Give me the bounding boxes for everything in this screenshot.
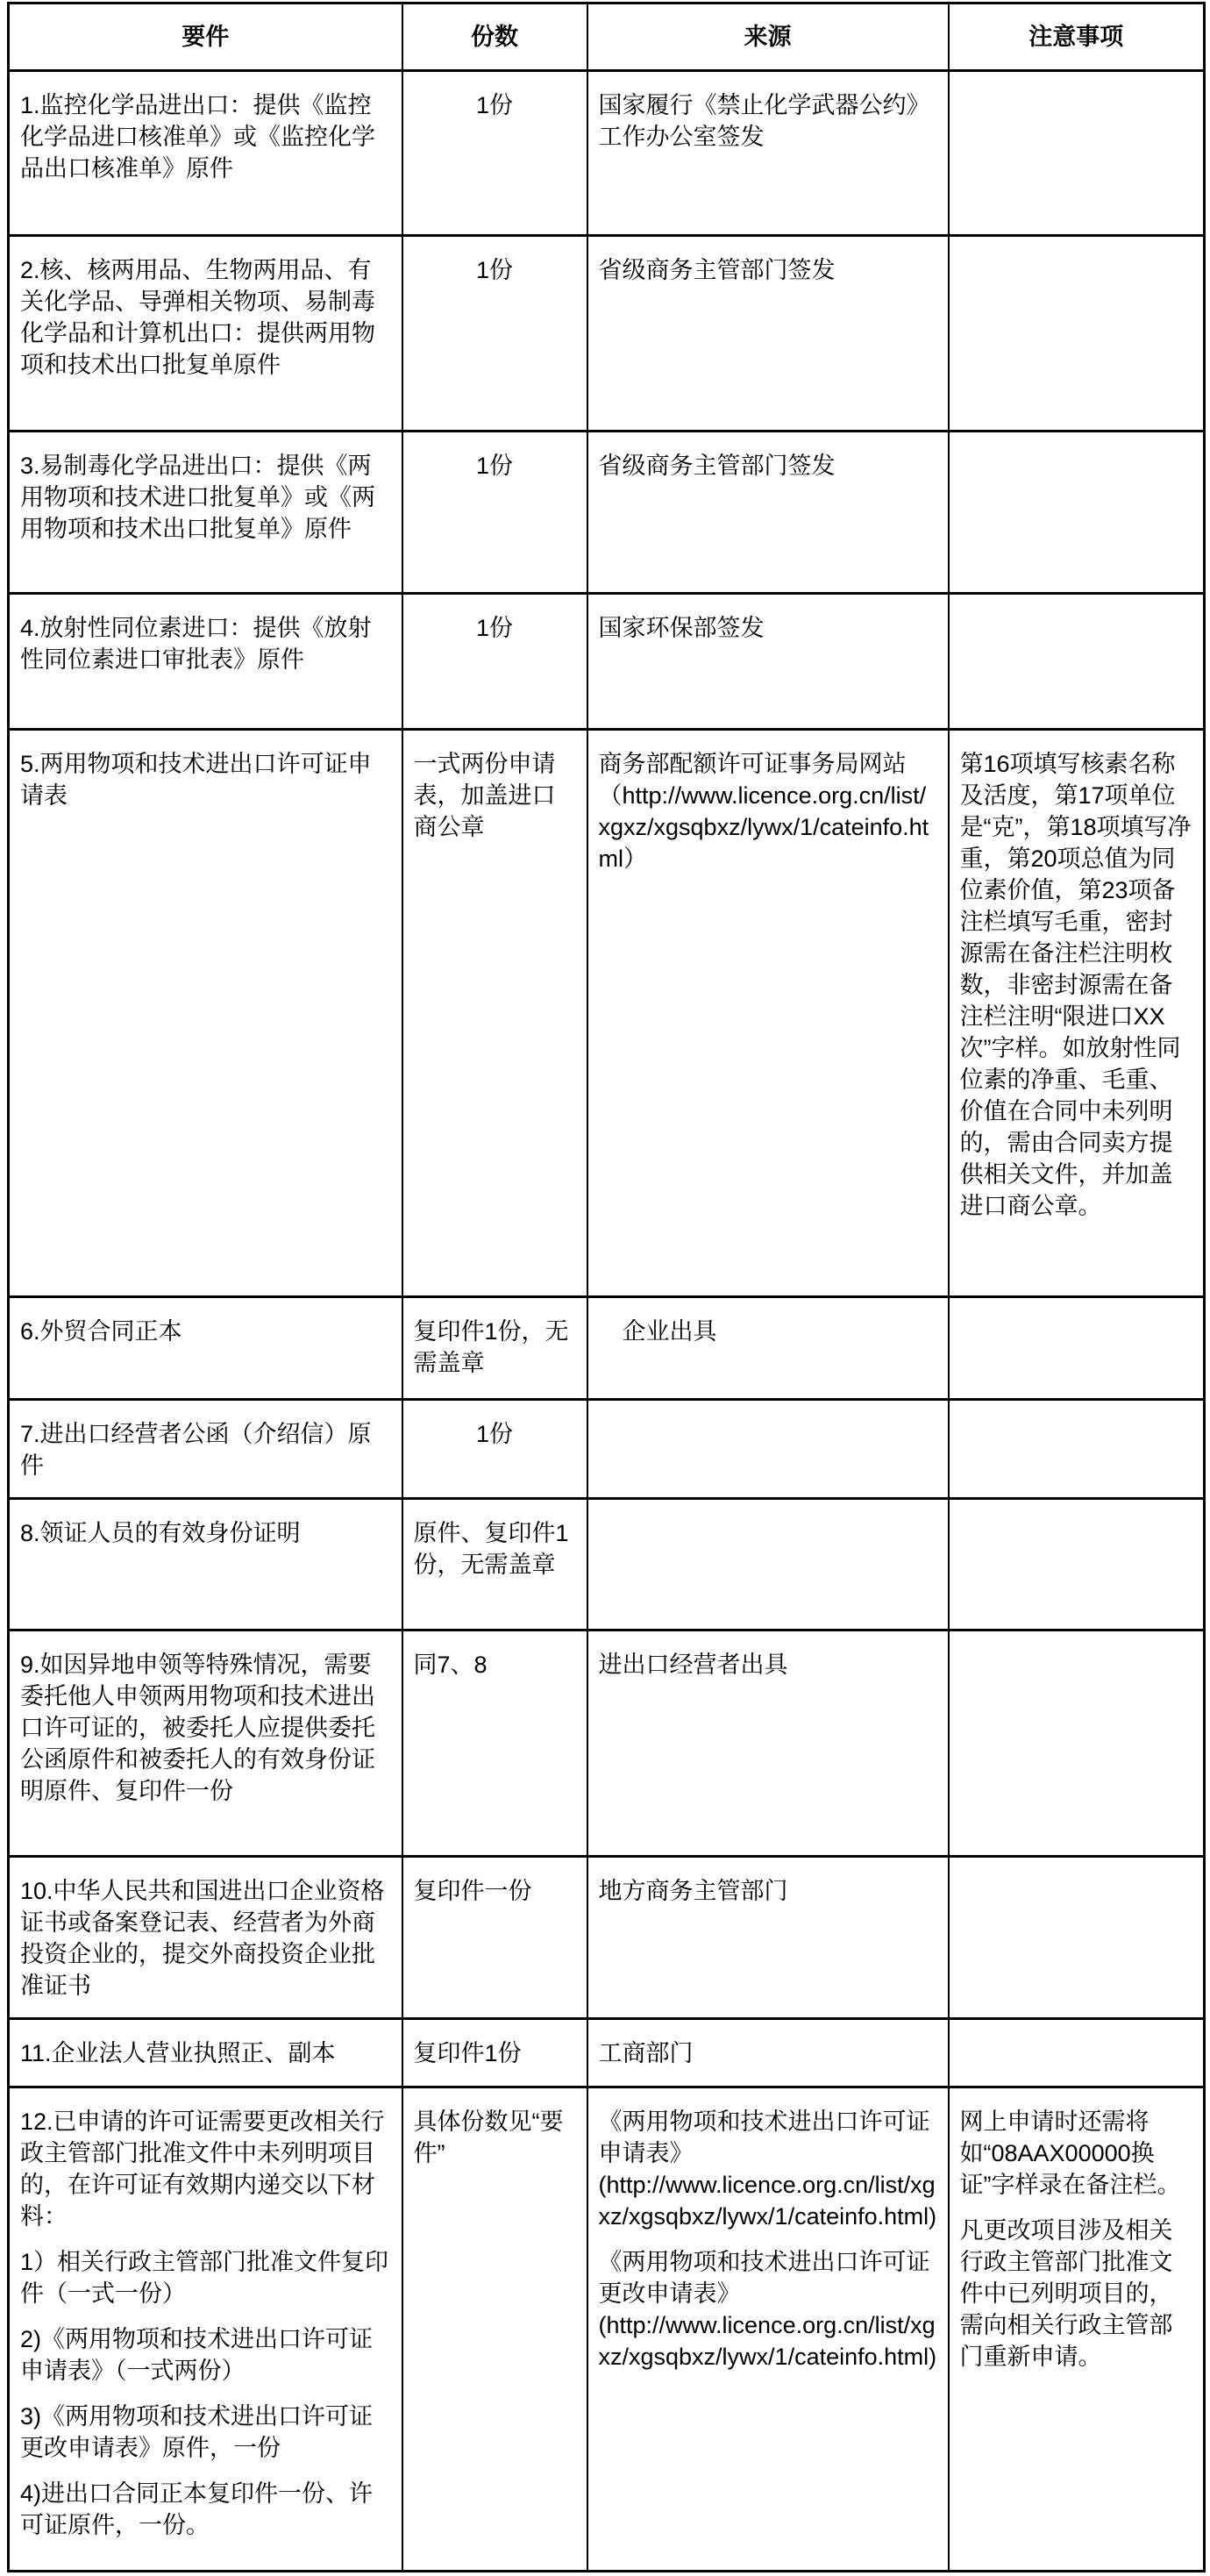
table-row: 1.监控化学品进出口：提供《监控化学品进口核准单》或《监控化学品出口核准单》原件… xyxy=(9,71,1205,236)
cell-r10-notes xyxy=(949,1857,1205,2019)
cell-r8-source xyxy=(587,1499,949,1631)
cell-r6-copies: 复印件1份，无需盖章 xyxy=(402,1297,587,1400)
cell-paragraph: 企业出具 xyxy=(599,1316,937,1347)
table-row: 5.两用物项和技术进出口许可证申请表一式两份申请表，加盖进口商公章商务部配额许可… xyxy=(9,730,1205,1297)
cell-paragraph: 第16项填写核素名称及活度，第17项单位是“克”，第18项填写净重，第20项总值… xyxy=(960,748,1193,1222)
cell-paragraph: 7.进出口经营者公函（介绍信）原件 xyxy=(20,1418,391,1481)
cell-r9-copies: 同7、8 xyxy=(402,1631,587,1857)
cell-r4-copies: 1份 xyxy=(402,594,587,730)
cell-paragraph: 1份 xyxy=(414,89,576,121)
cell-r12-notes: 网上申请时还需将如“08AAX00000换证”字样录在备注栏。凡更改项目涉及相关… xyxy=(949,2087,1205,2572)
cell-paragraph: 进出口经营者出具 xyxy=(599,1649,937,1680)
cell-paragraph: 复印件1份 xyxy=(414,2037,576,2069)
requirements-table: 要件份数来源注意事项 1.监控化学品进出口：提供《监控化学品进口核准单》或《监控… xyxy=(7,2,1206,2572)
cell-r9-requirement: 9.如因异地申领等特殊情况，需要委托他人申领两用物项和技术进出口许可证的，被委托… xyxy=(9,1631,402,1857)
column-header-requirement: 要件 xyxy=(9,4,402,71)
table-row: 11.企业法人营业执照正、副本复印件1份工商部门 xyxy=(9,2019,1205,2087)
cell-r5-requirement: 5.两用物项和技术进出口许可证申请表 xyxy=(9,730,402,1297)
table-row: 6.外贸合同正本复印件1份，无需盖章 企业出具 xyxy=(9,1297,1205,1400)
cell-paragraph: 1份 xyxy=(414,612,576,644)
table-row: 4.放射性同位素进口：提供《放射性同位素进口审批表》原件1份国家环保部签发 xyxy=(9,594,1205,730)
cell-r12-copies: 具体份数见“要件” xyxy=(402,2087,587,2572)
cell-paragraph: 原件、复印件1份，无需盖章 xyxy=(414,1517,576,1581)
cell-r10-copies: 复印件一份 xyxy=(402,1857,587,2019)
cell-paragraph: 2.核、核两用品、生物两用品、有关化学品、导弹相关物项、易制毒化学品和计算机出口… xyxy=(20,254,391,381)
cell-r2-copies: 1份 xyxy=(402,236,587,432)
cell-paragraph: 国家环保部签发 xyxy=(599,612,937,644)
cell-r4-notes xyxy=(949,594,1205,730)
cell-r12-source: 《两用物项和技术进出口许可证申请表》 (http://www.licence.o… xyxy=(587,2087,949,2572)
cell-r11-copies: 复印件1份 xyxy=(402,2019,587,2087)
cell-r5-copies: 一式两份申请表，加盖进口商公章 xyxy=(402,730,587,1297)
cell-paragraph: 4.放射性同位素进口：提供《放射性同位素进口审批表》原件 xyxy=(20,612,391,675)
cell-paragraph: 凡更改项目涉及相关行政主管部门批准文件中已列明项目的，需向相关行政主管部门重新申… xyxy=(960,2215,1193,2373)
cell-r6-source: 企业出具 xyxy=(587,1297,949,1400)
cell-paragraph: 同7、8 xyxy=(414,1649,576,1680)
cell-r6-requirement: 6.外贸合同正本 xyxy=(9,1297,402,1400)
cell-r7-requirement: 7.进出口经营者公函（介绍信）原件 xyxy=(9,1400,402,1499)
cell-r8-copies: 原件、复印件1份，无需盖章 xyxy=(402,1499,587,1631)
cell-paragraph: 1份 xyxy=(414,450,576,482)
cell-r4-requirement: 4.放射性同位素进口：提供《放射性同位素进口审批表》原件 xyxy=(9,594,402,730)
cell-paragraph: 9.如因异地申领等特殊情况，需要委托他人申领两用物项和技术进出口许可证的，被委托… xyxy=(20,1649,391,1807)
table-row: 7.进出口经营者公函（介绍信）原件1份 xyxy=(9,1400,1205,1499)
cell-r2-notes xyxy=(949,236,1205,432)
cell-paragraph: 工商部门 xyxy=(599,2037,937,2069)
cell-paragraph: 具体份数见“要件” xyxy=(414,2106,576,2169)
cell-paragraph: 1.监控化学品进出口：提供《监控化学品进口核准单》或《监控化学品出口核准单》原件 xyxy=(20,89,391,184)
table-body: 1.监控化学品进出口：提供《监控化学品进口核准单》或《监控化学品出口核准单》原件… xyxy=(9,71,1205,2572)
cell-paragraph: 3.易制毒化学品进出口：提供《两用物项和技术进口批复单》或《两用物项和技术出口批… xyxy=(20,450,391,545)
cell-paragraph: 复印件一份 xyxy=(414,1875,576,1907)
cell-paragraph: 省级商务主管部门签发 xyxy=(599,450,937,482)
cell-r11-requirement: 11.企业法人营业执照正、副本 xyxy=(9,2019,402,2087)
cell-paragraph: 5.两用物项和技术进出口许可证申请表 xyxy=(20,748,391,811)
table-row: 2.核、核两用品、生物两用品、有关化学品、导弹相关物项、易制毒化学品和计算机出口… xyxy=(9,236,1205,432)
cell-r6-notes xyxy=(949,1297,1205,1400)
table-header: 要件份数来源注意事项 xyxy=(9,4,1205,71)
column-header-copies: 份数 xyxy=(402,4,587,71)
table-row: 3.易制毒化学品进出口：提供《两用物项和技术进口批复单》或《两用物项和技术出口批… xyxy=(9,432,1205,594)
cell-r2-requirement: 2.核、核两用品、生物两用品、有关化学品、导弹相关物项、易制毒化学品和计算机出口… xyxy=(9,236,402,432)
cell-paragraph: 1份 xyxy=(414,1418,576,1450)
cell-paragraph: 一式两份申请表，加盖进口商公章 xyxy=(414,748,576,843)
table-row: 9.如因异地申领等特殊情况，需要委托他人申领两用物项和技术进出口许可证的，被委托… xyxy=(9,1631,1205,1857)
column-header-notes: 注意事项 xyxy=(949,4,1205,71)
cell-paragraph: 国家履行《禁止化学武器公约》工作办公室签发 xyxy=(599,89,937,153)
cell-r1-source: 国家履行《禁止化学武器公约》工作办公室签发 xyxy=(587,71,949,236)
cell-paragraph: 地方商务主管部门 xyxy=(599,1875,937,1907)
cell-r12-requirement: 12.已申请的许可证需要更改相关行政主管部门批准文件中未列明项目的，在许可证有效… xyxy=(9,2087,402,2572)
cell-r11-source: 工商部门 xyxy=(587,2019,949,2087)
cell-paragraph: 《两用物项和技术进出口许可证申请表》 (http://www.licence.o… xyxy=(599,2106,937,2232)
cell-r7-source xyxy=(587,1400,949,1499)
table-row: 8.领证人员的有效身份证明原件、复印件1份，无需盖章 xyxy=(9,1499,1205,1631)
cell-r9-source: 进出口经营者出具 xyxy=(587,1631,949,1857)
cell-r8-requirement: 8.领证人员的有效身份证明 xyxy=(9,1499,402,1631)
document-page: 要件份数来源注意事项 1.监控化学品进出口：提供《监控化学品进口核准单》或《监控… xyxy=(0,0,1210,2576)
header-row: 要件份数来源注意事项 xyxy=(9,4,1205,71)
cell-r5-source: 商务部配额许可证事务局网站 （http://www.licence.org.cn… xyxy=(587,730,949,1297)
cell-paragraph: 网上申请时还需将如“08AAX00000换证”字样录在备注栏。 xyxy=(960,2106,1193,2201)
cell-r10-source: 地方商务主管部门 xyxy=(587,1857,949,2019)
column-header-source: 来源 xyxy=(587,4,949,71)
table-row: 12.已申请的许可证需要更改相关行政主管部门批准文件中未列明项目的，在许可证有效… xyxy=(9,2087,1205,2572)
cell-r4-source: 国家环保部签发 xyxy=(587,594,949,730)
cell-paragraph: 10.中华人民共和国进出口企业资格证书或备案登记表、经营者为外商投资企业的，提交… xyxy=(20,1875,391,2002)
cell-r1-requirement: 1.监控化学品进出口：提供《监控化学品进口核准单》或《监控化学品出口核准单》原件 xyxy=(9,71,402,236)
cell-paragraph: 11.企业法人营业执照正、副本 xyxy=(20,2037,391,2069)
cell-paragraph: 8.领证人员的有效身份证明 xyxy=(20,1517,391,1549)
cell-paragraph: 3)《两用物项和技术进出口许可证更改申请表》原件，一份 xyxy=(20,2401,391,2464)
cell-r1-copies: 1份 xyxy=(402,71,587,236)
cell-paragraph: 12.已申请的许可证需要更改相关行政主管部门批准文件中未列明项目的，在许可证有效… xyxy=(20,2106,391,2232)
cell-paragraph: 6.外贸合同正本 xyxy=(20,1316,391,1347)
cell-r7-notes xyxy=(949,1400,1205,1499)
cell-r2-source: 省级商务主管部门签发 xyxy=(587,236,949,432)
cell-r7-copies: 1份 xyxy=(402,1400,587,1499)
cell-r10-requirement: 10.中华人民共和国进出口企业资格证书或备案登记表、经营者为外商投资企业的，提交… xyxy=(9,1857,402,2019)
cell-paragraph: 1）相关行政主管部门批准文件复印件（一式一份） xyxy=(20,2246,391,2309)
cell-r3-notes xyxy=(949,432,1205,594)
cell-r3-copies: 1份 xyxy=(402,432,587,594)
cell-paragraph: 《两用物项和技术进出口许可证更改申请表》 (http://www.licence… xyxy=(599,2246,937,2373)
cell-r3-requirement: 3.易制毒化学品进出口：提供《两用物项和技术进口批复单》或《两用物项和技术出口批… xyxy=(9,432,402,594)
cell-r8-notes xyxy=(949,1499,1205,1631)
cell-r9-notes xyxy=(949,1631,1205,1857)
cell-paragraph: 省级商务主管部门签发 xyxy=(599,254,937,286)
cell-paragraph: 1份 xyxy=(414,254,576,286)
cell-paragraph: 商务部配额许可证事务局网站 （http://www.licence.org.cn… xyxy=(599,748,937,874)
table-row: 10.中华人民共和国进出口企业资格证书或备案登记表、经营者为外商投资企业的，提交… xyxy=(9,1857,1205,2019)
cell-r11-notes xyxy=(949,2019,1205,2087)
cell-r1-notes xyxy=(949,71,1205,236)
cell-paragraph: 2)《两用物项和技术进出口许可证申请表》（一式两份） xyxy=(20,2323,391,2387)
cell-paragraph: 复印件1份，无需盖章 xyxy=(414,1316,576,1379)
cell-r5-notes: 第16项填写核素名称及活度，第17项单位是“克”，第18项填写净重，第20项总值… xyxy=(949,730,1205,1297)
cell-paragraph: 4)进出口合同正本复印件一份、许可证原件，一份。 xyxy=(20,2478,391,2541)
cell-r3-source: 省级商务主管部门签发 xyxy=(587,432,949,594)
